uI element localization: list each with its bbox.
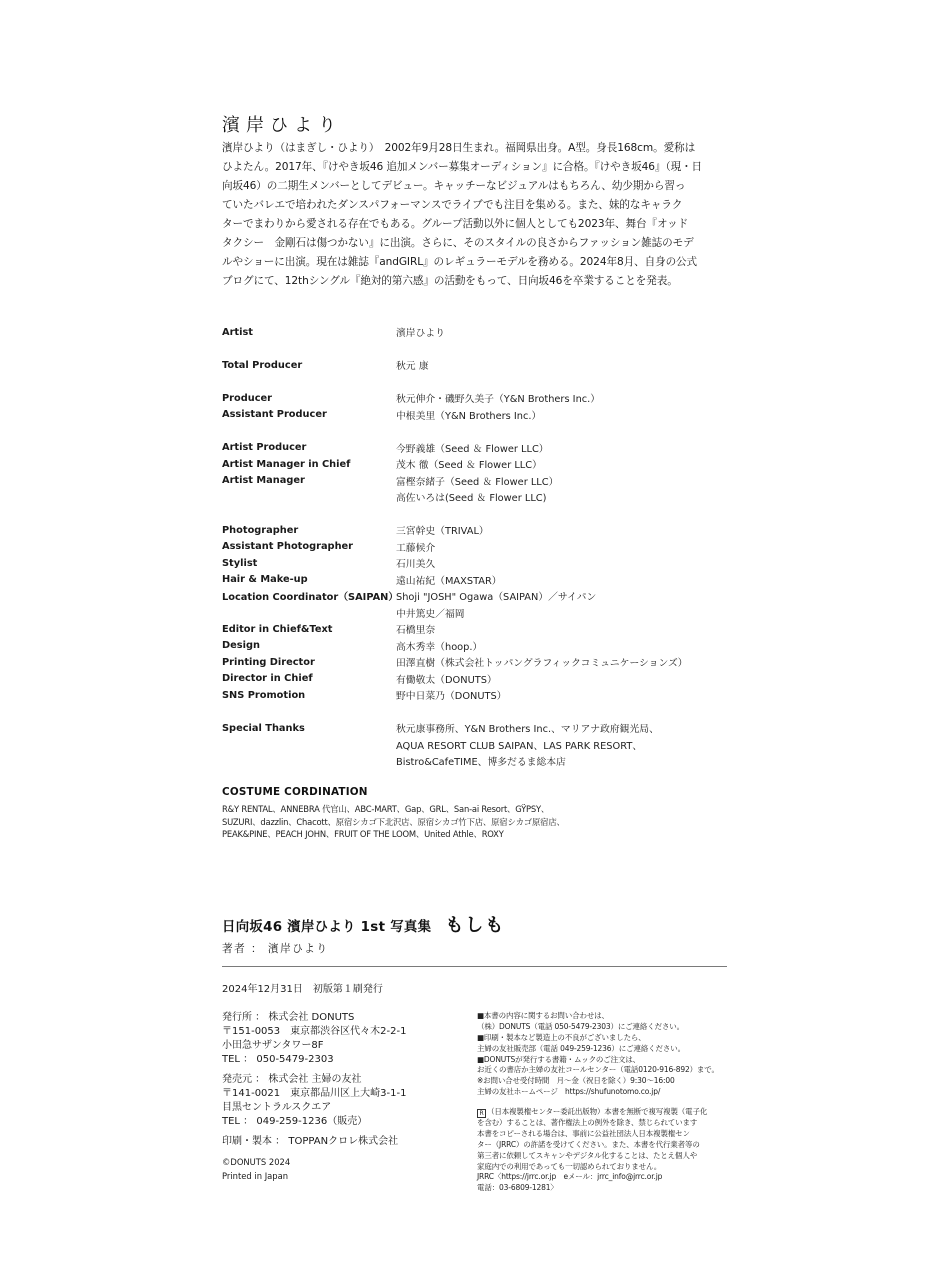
credit-role: Photographer — [222, 525, 396, 536]
credit-row: SNS Promotion 野中日菜乃（DONUTS） — [222, 687, 728, 704]
credit-value: 秋元 康 — [396, 358, 429, 372]
credit-row: AQUA RESORT CLUB SAIPAN、LAS PARK RESORT、 — [222, 737, 728, 754]
publish-date: 2024年12月31日 初版第１刷発行 — [222, 983, 472, 997]
bio-line: 向坂46）の二期生メンバーとしてデビュー。キャッチーなビジュアルはもちろん、幼少… — [222, 177, 700, 196]
credit-row: Photographer 三宮幹史（TRIVAL） — [222, 522, 728, 539]
jrrc-line: 家庭内での利用であっても一切認められておりません。 — [477, 1162, 747, 1173]
publisher-line: TEL ： 050-5479-2303 — [222, 1053, 472, 1067]
credit-value: 秋元伸介・磯野久美子（Y&N Brothers Inc.） — [396, 391, 600, 405]
book-title-sub: もしも — [445, 915, 505, 936]
jrrc-r-mark-icon: R — [477, 1109, 486, 1118]
credit-value: 石橋里奈 — [396, 622, 435, 636]
credit-row: Special Thanks 秋元康事務所、Y&N Brothers Inc.、… — [222, 720, 728, 737]
costume-cordination: COSTUME CORDINATION R&Y RENTAL、ANNEBRA 代… — [222, 786, 742, 841]
credit-value: 高木秀幸（hoop.） — [396, 639, 482, 653]
credit-group-producer: Producer 秋元伸介・磯野久美子（Y&N Brothers Inc.） A… — [222, 390, 728, 423]
jrrc-line: ター（JRRC）の許諾を受けてください。また、本書を代行業者等の — [477, 1140, 747, 1151]
notice-line: ■印刷・製本など製造上の不良がございましたら、 — [477, 1033, 747, 1044]
jrrc-line: 電話：03-6809-1281〉 — [477, 1183, 747, 1194]
bio-line: ていたバレエで培われたダンスパフォーマンスでライブでも注目を集める。また、妹的な… — [222, 196, 700, 215]
credit-row: Printing Director 田澤直樹（株式会社トッパングラフィックコミュ… — [222, 654, 728, 671]
credit-group-total-producer: Total Producer 秋元 康 — [222, 357, 728, 374]
credit-role: Editor in Chief&Text — [222, 624, 396, 635]
credit-value: 濱岸ひより — [396, 325, 445, 339]
bio-line: ひよたん。2017年、『けやき坂46 追加メンバー募集オーディション』に合格。『… — [222, 158, 700, 177]
credit-value: Shoji "JOSH" Ogawa（SAIPAN）／サイパン — [396, 589, 596, 603]
credit-row: Editor in Chief&Text 石橋里奈 — [222, 621, 728, 638]
jrrc-line: R（日本複製権センター委託出版物）本書を無断で複写複製（電子化 — [477, 1107, 747, 1118]
book-title: 日向坂46 濱岸ひより 1st 写真集もしも — [222, 911, 505, 937]
costume-line: PEAK&PINE、PEACH JOHN、FRUIT OF THE LOOM、U… — [222, 828, 742, 841]
notice-line: お近くの書店か主婦の友社コールセンター（電話0120-916-892）まで。 — [477, 1065, 747, 1076]
bio-line: ブログにて、12thシングル『絶対的第六感』の活動をもって、日向坂46を卒業する… — [222, 272, 700, 291]
credit-row: 高佐いろは(Seed ＆ Flower LLC) — [222, 489, 728, 506]
credit-role: Assistant Photographer — [222, 541, 396, 552]
notice-line: ※お問い合せ受付時間 月～金（祝日を除く）9:30～16:00 — [477, 1076, 747, 1087]
credit-role: Artist — [222, 327, 396, 338]
costume-line: SUZURI、dazzlin、Chacott、原宿シカゴ下北沢店、原宿シカゴ竹下… — [222, 816, 742, 829]
credit-row: Artist Manager in Chief 茂木 徹（Seed ＆ Flow… — [222, 456, 728, 473]
book-author: 著者 ： 濱岸ひより — [222, 941, 328, 956]
credit-value: AQUA RESORT CLUB SAIPAN、LAS PARK RESORT、 — [396, 738, 642, 752]
distributor-line: TEL ： 049-259-1236（販売） — [222, 1115, 472, 1129]
credit-role: Artist Manager — [222, 475, 396, 486]
credit-row: Total Producer 秋元 康 — [222, 357, 728, 374]
notice-line: （株）DONUTS（電話 050-5479-2303）にご連絡ください。 — [477, 1022, 747, 1033]
costume-heading: COSTUME CORDINATION — [222, 786, 742, 798]
credit-group-production: Photographer 三宮幹史（TRIVAL） Assistant Phot… — [222, 522, 728, 704]
bio-line: ルやショーに出演。現在は雑誌『andGIRL』のレギュラーモデルを務める。202… — [222, 253, 700, 272]
book-title-main: 日向坂46 濱岸ひより 1st 写真集 — [222, 920, 431, 935]
credit-row: Hair & Make-up 遠山祐紀（MAXSTAR） — [222, 572, 728, 589]
credit-role: Artist Producer — [222, 442, 396, 453]
credit-role: Producer — [222, 393, 396, 404]
credit-value: 工藤候介 — [396, 540, 435, 554]
credit-role: Special Thanks — [222, 723, 396, 734]
notice-line: ■DONUTSが発行する書籍・ムックのご注文は、 — [477, 1055, 747, 1066]
copyright: ©DONUTS 2024 — [222, 1155, 472, 1169]
credit-row: Producer 秋元伸介・磯野久美子（Y&N Brothers Inc.） — [222, 390, 728, 407]
credit-value: 富樫奈緒子（Seed ＆ Flower LLC） — [396, 474, 558, 488]
credit-group-artist: Artist 濱岸ひより — [222, 324, 728, 341]
credit-row: Bistro&CafeTIME、博多だるま総本店 — [222, 753, 728, 770]
distributor-line: 目黒セントラルスクエア — [222, 1101, 472, 1115]
notices: ■本書の内容に関するお問い合わせは、 （株）DONUTS（電話 050-5479… — [477, 1011, 747, 1194]
credit-row: Artist Producer 今野義雄（Seed ＆ Flower LLC） — [222, 440, 728, 457]
credit-row: Director in Chief 有働敬太（DONUTS） — [222, 671, 728, 688]
credit-value: 石川美久 — [396, 556, 435, 570]
credit-row: Location Coordinator（SAIPAN） Shoji "JOSH… — [222, 588, 728, 605]
credit-row: Artist 濱岸ひより — [222, 324, 728, 341]
jrrc-line: 本書をコピーされる場合は、事前に公益社団法人日本複製権セン — [477, 1129, 747, 1140]
bio-line: タクシー 金剛石は傷つかない』に出演。さらに、そのスタイルの良さからファッション… — [222, 234, 700, 253]
publication-info: 2024年12月31日 初版第１刷発行 発行所 ： 株式会社 DONUTS 〒1… — [222, 983, 472, 1183]
credit-role: Assistant Producer — [222, 409, 396, 420]
credit-role: Stylist — [222, 558, 396, 569]
credits-list: Artist 濱岸ひより Total Producer 秋元 康 Produce… — [222, 324, 728, 786]
distributor-line: 発売元 ： 株式会社 主婦の友社 — [222, 1073, 472, 1087]
credit-row: Assistant Photographer 工藤候介 — [222, 539, 728, 556]
credit-row: Stylist 石川美久 — [222, 555, 728, 572]
divider — [222, 966, 727, 967]
credit-value: 中井篤史／福岡 — [396, 606, 465, 620]
credit-value: 高佐いろは(Seed ＆ Flower LLC) — [396, 490, 546, 504]
notice-line: ■本書の内容に関するお問い合わせは、 — [477, 1011, 747, 1022]
bio-line: ターでまわりから愛される存在でもある。グループ活動以外に個人としても2023年、… — [222, 215, 700, 234]
credit-role: Printing Director — [222, 657, 396, 668]
credit-value: 有働敬太（DONUTS） — [396, 672, 497, 686]
credit-value: 茂木 徹（Seed ＆ Flower LLC） — [396, 457, 542, 471]
credit-value: Bistro&CafeTIME、博多だるま総本店 — [396, 754, 566, 768]
profile-bio: 濱岸ひより（はまぎし・ひより） 2002年9月28日生まれ。福岡県出身。A型。身… — [222, 139, 700, 291]
bio-line: 濱岸ひより（はまぎし・ひより） 2002年9月28日生まれ。福岡県出身。A型。身… — [222, 139, 700, 158]
credit-role: Total Producer — [222, 360, 396, 371]
costume-line: R&Y RENTAL、ANNEBRA 代官山、ABC-MART、Gap、GRL、… — [222, 803, 742, 816]
publisher-line: 小田急サザンタワー8F — [222, 1039, 472, 1053]
credit-role: Director in Chief — [222, 673, 396, 684]
notice-line: 主婦の友社ホームページ https://shufunotomo.co.jp/ — [477, 1087, 747, 1098]
credit-value: 三宮幹史（TRIVAL） — [396, 523, 489, 537]
credit-value: 野中日菜乃（DONUTS） — [396, 688, 507, 702]
publisher-line: 発行所 ： 株式会社 DONUTS — [222, 1011, 472, 1025]
credit-role: Design — [222, 640, 396, 651]
distributor-line: 〒141-0021 東京都品川区上大崎3-1-1 — [222, 1087, 472, 1101]
credit-value: 田澤直樹（株式会社トッパングラフィックコミュニケーションズ） — [396, 655, 688, 669]
credit-role: Hair & Make-up — [222, 574, 396, 585]
credit-row: Design 高木秀幸（hoop.） — [222, 638, 728, 655]
notice-line: 主婦の友社販売部（電話 049-259-1236）にご連絡ください。 — [477, 1044, 747, 1055]
credit-row: Assistant Producer 中根美里（Y&N Brothers Inc… — [222, 407, 728, 424]
credit-value: 中根美里（Y&N Brothers Inc.） — [396, 408, 541, 422]
jrrc-text: （日本複製権センター委託出版物）本書を無断で複写複製（電子化 — [487, 1107, 707, 1116]
printed-in: Printed in Japan — [222, 1169, 472, 1183]
credit-value: 遠山祐紀（MAXSTAR） — [396, 573, 502, 587]
jrrc-line: を含む）することは、著作権法上の例外を除き、禁じられています — [477, 1118, 747, 1129]
credit-group-special-thanks: Special Thanks 秋元康事務所、Y&N Brothers Inc.、… — [222, 720, 728, 770]
credit-role: Artist Manager in Chief — [222, 459, 396, 470]
credit-role: SNS Promotion — [222, 690, 396, 701]
profile-title: 濱岸ひより — [222, 111, 342, 137]
publisher-line: 〒151-0053 東京都渋谷区代々木2-2-1 — [222, 1025, 472, 1039]
credit-value: 今野義雄（Seed ＆ Flower LLC） — [396, 441, 549, 455]
credit-role: Location Coordinator（SAIPAN） — [222, 589, 396, 603]
jrrc-line: 第三者に依頼してスキャンやデジタル化することは、たとえ個人や — [477, 1151, 747, 1162]
credit-group-management: Artist Producer 今野義雄（Seed ＆ Flower LLC） … — [222, 440, 728, 506]
credit-row: 中井篤史／福岡 — [222, 605, 728, 622]
printer-line: 印刷・製本 ： TOPPANクロレ株式会社 — [222, 1135, 472, 1149]
costume-list: R&Y RENTAL、ANNEBRA 代官山、ABC-MART、Gap、GRL、… — [222, 803, 742, 841]
credit-value: 秋元康事務所、Y&N Brothers Inc.、マリアナ政府観光局、 — [396, 721, 659, 735]
credit-row: Artist Manager 富樫奈緒子（Seed ＆ Flower LLC） — [222, 473, 728, 490]
jrrc-line: JRRC〈https://jrrc.or.jp eメール：jrrc_info@j… — [477, 1172, 747, 1183]
